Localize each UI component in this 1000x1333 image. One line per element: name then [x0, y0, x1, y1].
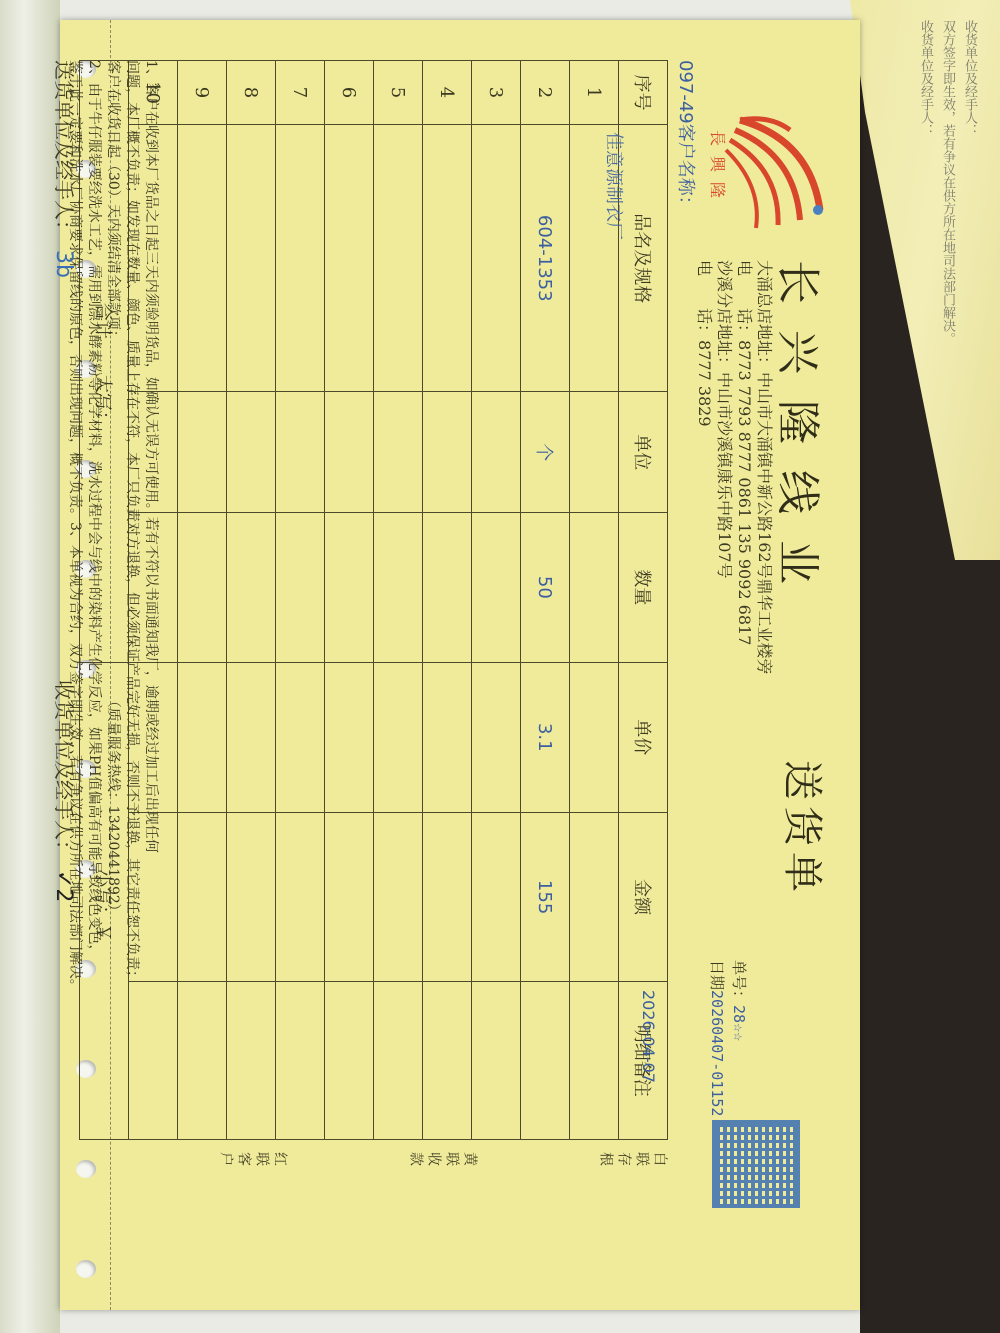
customer-label: 客户名称：	[675, 124, 696, 214]
address-line: 沙溪分店地址：中山市沙溪镇康乐中路107号	[714, 260, 734, 675]
col-unit: 单位	[619, 392, 668, 512]
address-line: 大涌总店地址：中山市大涌镇中新公路162号鼎华工业楼旁	[754, 260, 774, 675]
copy-labels: 白联存根 黄联收款 红联客户	[108, 1148, 668, 1188]
order-date: 日期20260407-01152	[706, 960, 728, 1116]
table-row: 8	[227, 61, 276, 1140]
customer-name-field: 097-49客户名称：	[674, 60, 700, 214]
logo-text: 長興隆	[707, 130, 730, 208]
col-index: 序号	[619, 61, 668, 125]
phone-line: 电 话：8777 3829	[694, 260, 714, 675]
company-name: 长兴隆线业	[770, 260, 834, 610]
right-stack-text: 收货单位及经手人： 双方签字即生效，若有争议在供方所在地司法部门解决。 收货单位…	[880, 20, 980, 540]
company-logo-icon	[720, 100, 830, 240]
order-number: 单号：28☆☆	[728, 960, 750, 1116]
col-amount: 金额	[619, 812, 668, 982]
sender-signature: 送货单位及经手人：3b	[51, 60, 80, 278]
yellow-copy-label: 黄联收款	[406, 1148, 478, 1168]
order-meta: 单号：28☆☆ 日期20260407-01152	[706, 960, 750, 1116]
table-row: 3	[472, 61, 521, 1140]
col-quantity: 数量	[619, 512, 668, 662]
sender-handwritten-signature: 3b	[51, 250, 76, 278]
sprocket-hole	[76, 1160, 96, 1178]
items-table: 序号 品名及规格 单位 数量 单价 金额 明细备注 1 2604-1353个50…	[79, 60, 668, 1140]
red-copy-label: 红联客户	[216, 1148, 288, 1168]
table-row: 9	[178, 61, 227, 1140]
table-row: 6	[325, 61, 374, 1140]
handwritten-customer-name: 佳意源制衣厂	[602, 132, 628, 240]
phone-line: 电 话：8773 7793 8777 0861 135 9092 6817	[734, 260, 754, 675]
delivery-note-wrapper: 長興隆 长兴隆线业 送货单 大涌总店地址：中山市大涌镇中新公路162号鼎华工业楼…	[60, 20, 870, 1320]
table-row: 4	[423, 61, 472, 1140]
receiver-handwritten-signature: ✓2	[51, 870, 76, 902]
table-row: 5	[374, 61, 423, 1140]
receiver-signature: 收货单位及经手人：✓2	[51, 680, 80, 902]
delivery-note: 長興隆 长兴隆线业 送货单 大涌总店地址：中山市大涌镇中新公路162号鼎华工业楼…	[60, 20, 860, 1310]
document-header: 長興隆 长兴隆线业 送货单 大涌总店地址：中山市大涌镇中新公路162号鼎华工业楼…	[640, 60, 840, 1270]
qr-code-icon	[712, 1120, 800, 1208]
company-addresses: 大涌总店地址：中山市大涌镇中新公路162号鼎华工业楼旁 电 话：8773 779…	[694, 260, 774, 675]
table-row: 2604-1353个503.1155	[521, 61, 570, 1140]
white-copy-label: 白联存根	[596, 1148, 668, 1168]
table-row: 7	[276, 61, 325, 1140]
sprocket-hole	[76, 1260, 96, 1278]
col-unit-price: 单价	[619, 662, 668, 812]
remark-date-stamp: 2026-04-07	[639, 990, 658, 1083]
customer-stamp: 097-49	[675, 60, 696, 124]
document-type-title: 送货单	[777, 760, 834, 898]
